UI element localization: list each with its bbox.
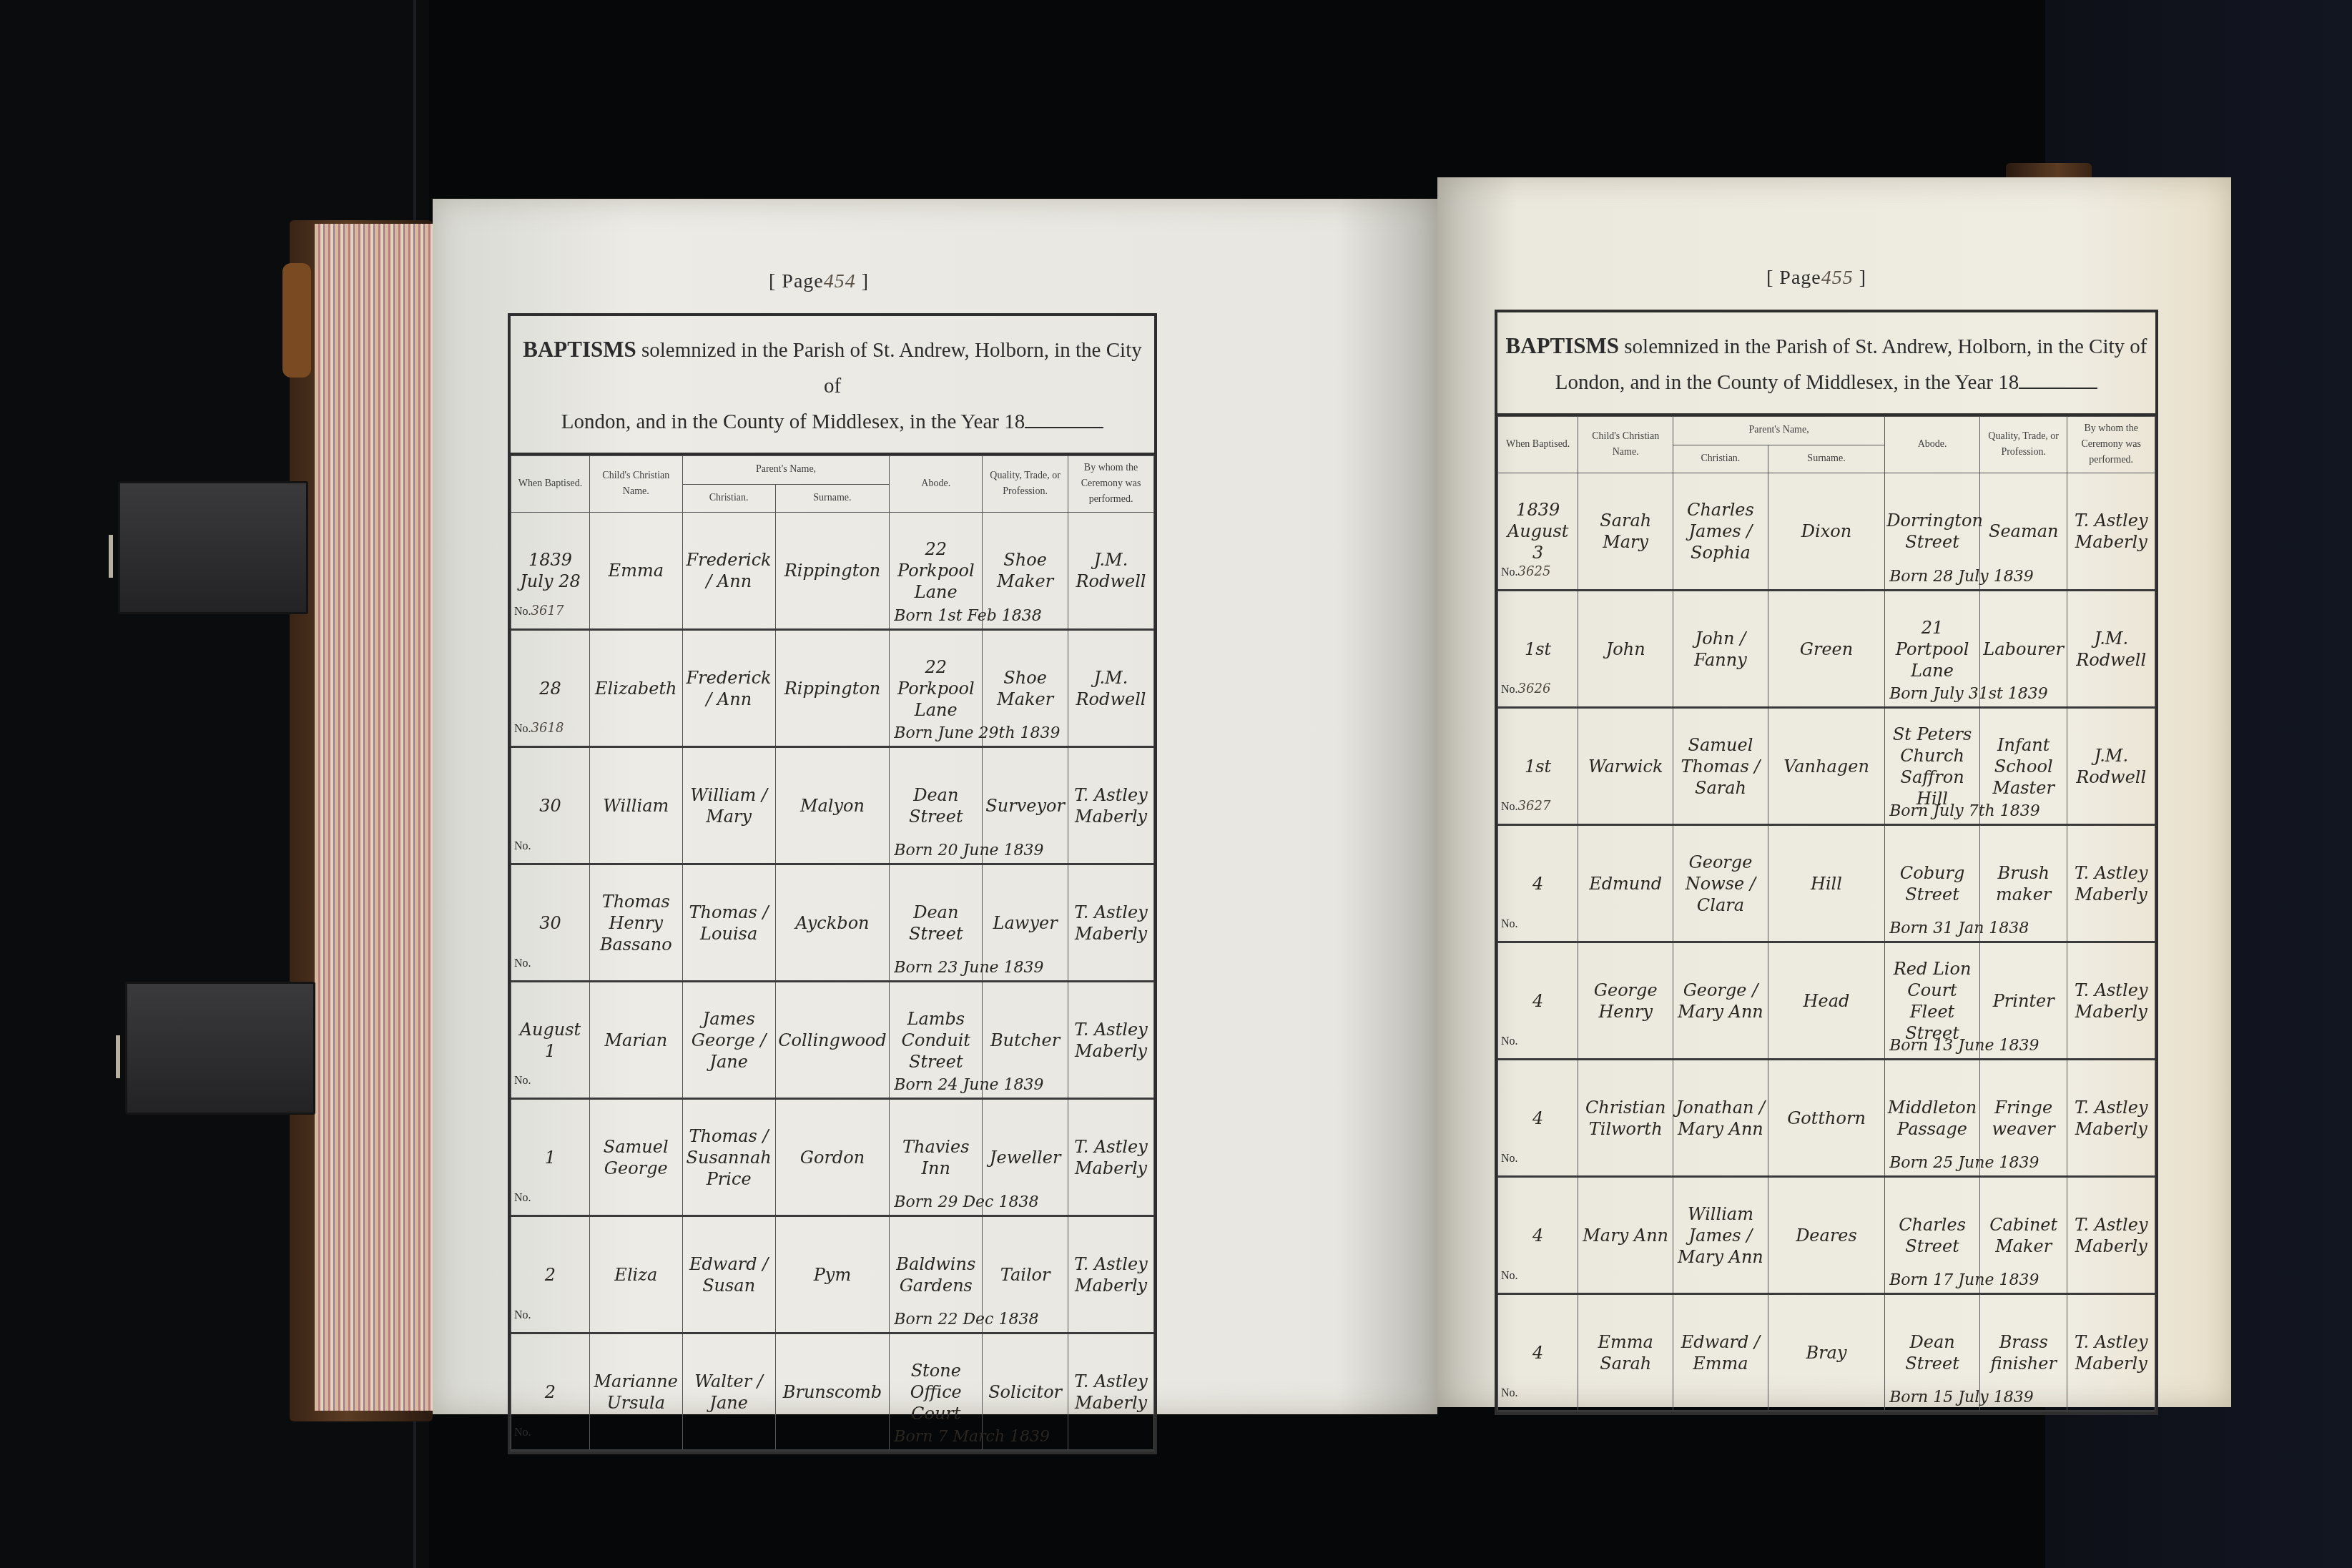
cell-by-whom: T. Astley Maberly — [2067, 825, 2155, 942]
trade: Seaman — [1989, 521, 2058, 541]
parents-christian: Walter / Jane — [694, 1371, 763, 1413]
when-baptised: 1 — [545, 1148, 556, 1168]
cell-parents: John / Fanny — [1673, 591, 1768, 708]
col-abode: Abode. — [1885, 417, 1980, 473]
cell-by-whom: T. Astley Maberly — [1068, 1333, 1154, 1451]
cell-by-whom: T. Astley Maberly — [2067, 1060, 2155, 1177]
cell-parents: George / Mary Ann — [1673, 942, 1768, 1060]
surname: Bray — [1806, 1343, 1847, 1363]
cell-when: 1stNo.3626 — [1498, 591, 1578, 708]
no-label: No. — [1501, 1270, 1518, 1282]
heading-bold: BAPTISMS — [1506, 333, 1619, 358]
no-label: No. — [1501, 1153, 1518, 1165]
baptism-entry: 1839 July 28No.3617 Emma Frederick / Ann… — [511, 513, 1154, 630]
when-baptised: 2 — [545, 1382, 556, 1402]
birth-date: Born 24 June 1839 — [894, 1075, 1043, 1096]
cell-surname: Green — [1768, 591, 1884, 708]
baptism-entry: 30No. Thomas Henry Bassano Thomas / Loui… — [511, 864, 1154, 982]
no-label: No. — [514, 957, 531, 970]
officiant: J.M. Rodwell — [2076, 628, 2146, 670]
baptism-entry: 4No. Christian Tilworth Jonathan / Mary … — [1498, 1060, 2155, 1177]
trade: Brass finisher — [1990, 1332, 2057, 1374]
heading-line2: London, and in the County of Middlesex, … — [561, 410, 1025, 433]
baptism-entry: 28No.3618 Elizabeth Frederick / Ann Ripp… — [511, 630, 1154, 747]
baptism-entry: 4No. Emma Sarah Edward / Emma Bray Dean … — [1498, 1294, 2155, 1411]
officiant: T. Astley Maberly — [2075, 511, 2147, 552]
register-book: [ Page454 ] BAPTISMS solemnized in the P… — [261, 163, 2092, 1421]
no-label: No. — [514, 1075, 531, 1087]
no-label: No. — [514, 840, 531, 852]
child-name: Warwick — [1588, 756, 1663, 776]
birth-date: Born July 7th 1839 — [1889, 801, 2040, 822]
cell-surname: Collingwood — [775, 982, 890, 1099]
cell-parents: George Nowse / Clara — [1673, 825, 1768, 942]
when-baptised: 4 — [1532, 874, 1543, 894]
birth-date: Born 15 July 1839 — [1889, 1387, 2034, 1409]
cell-by-whom: T. Astley Maberly — [1068, 864, 1154, 982]
abode: Dean Street — [909, 785, 963, 827]
parents-christian: Frederick / Ann — [687, 668, 772, 709]
heading-line2: London, and in the County of Middlesex, … — [1555, 371, 2019, 394]
cell-by-whom: J.M. Rodwell — [1068, 630, 1154, 747]
abode: 22 Porkpool Lane — [897, 539, 975, 602]
cell-parents: Thomas / Susannah Price — [682, 1099, 775, 1216]
when-baptised: 4 — [1532, 1108, 1543, 1128]
baptism-entry: 2No. Marianne Ursula Walter / Jane Bruns… — [511, 1333, 1154, 1451]
birth-date: Born 25 June 1839 — [1889, 1153, 2039, 1174]
trade: Butcher — [990, 1030, 1060, 1050]
cell-when: 4No. — [1498, 1177, 1578, 1294]
officiant: T. Astley Maberly — [1074, 1137, 1147, 1178]
entry-number: No.3625 — [1501, 561, 1550, 583]
entry-number-value: 3626 — [1518, 681, 1551, 696]
entry-number: No. — [514, 952, 531, 975]
trade: Jeweller — [990, 1148, 1061, 1168]
surname: Vanhagen — [1783, 756, 1869, 776]
birth-date: Born 17 June 1839 — [1889, 1270, 2039, 1291]
cell-child: Thomas Henry Bassano — [589, 864, 682, 982]
parents-christian: Frederick / Ann — [687, 550, 772, 591]
register-heading: BAPTISMS solemnized in the Parish of St.… — [1497, 312, 2155, 416]
birth-date: Born 1st Feb 1838 — [894, 606, 1041, 627]
when-baptised: 30 — [539, 913, 561, 933]
baptism-entry: 4No. Edmund George Nowse / Clara Hill Co… — [1498, 825, 2155, 942]
child-name: Samuel George — [604, 1137, 669, 1178]
birth-date: Born 23 June 1839 — [894, 957, 1043, 979]
abode: 22 Porkpool Lane — [897, 657, 975, 720]
cell-parents: William / Mary — [682, 747, 775, 864]
trade: Cabinet Maker — [1989, 1215, 2057, 1256]
cell-when: 2No. — [511, 1333, 590, 1451]
left-page: [ Page454 ] BAPTISMS solemnized in the P… — [433, 199, 1437, 1414]
child-name: Edmund — [1589, 874, 1662, 894]
when-baptised: August 1 — [520, 1020, 581, 1061]
abode: Baldwins Gardens — [896, 1254, 975, 1296]
cell-when: August 1No. — [511, 982, 590, 1099]
surname: Rippington — [784, 679, 881, 699]
officiant: T. Astley Maberly — [1074, 785, 1147, 827]
birth-date: Born 31 Jan 1838 — [1889, 918, 2029, 940]
entry-number: No. — [1501, 1382, 1518, 1404]
cell-child: William — [589, 747, 682, 864]
cell-abode: Thavies InnBorn 29 Dec 1838 — [890, 1099, 983, 1216]
cell-by-whom: T. Astley Maberly — [2067, 1177, 2155, 1294]
cell-by-whom: T. Astley Maberly — [1068, 747, 1154, 864]
cell-when: 4No. — [1498, 1294, 1578, 1411]
cell-abode: Lambs Conduit StreetBorn 24 June 1839 — [890, 982, 983, 1099]
parents-christian: Jonathan / Mary Ann — [1676, 1098, 1765, 1139]
cell-surname: Ayckbon — [775, 864, 890, 982]
trade: Infant School Master — [1992, 735, 2055, 798]
col-parents: Parent's Name, — [682, 456, 890, 485]
right-page: [ Page455 ] BAPTISMS solemnized in the P… — [1437, 177, 2231, 1407]
cell-abode: Middleton PassageBorn 25 June 1839 — [1885, 1060, 1980, 1177]
officiant: T. Astley Maberly — [1074, 902, 1147, 944]
year-blank — [2019, 388, 2097, 389]
cell-abode: 22 Porkpool LaneBorn 1st Feb 1838 — [890, 513, 983, 630]
entry-number: No. — [1501, 1030, 1518, 1052]
cell-by-whom: J.M. Rodwell — [2067, 708, 2155, 825]
cell-child: John — [1578, 591, 1673, 708]
cell-child: Samuel George — [589, 1099, 682, 1216]
year-blank — [1025, 427, 1103, 428]
no-label: No. — [1501, 566, 1518, 578]
entry-number: No. — [514, 1304, 531, 1326]
when-baptised: 4 — [1532, 1226, 1543, 1246]
child-name: Thomas Henry Bassano — [600, 892, 672, 955]
no-label: No. — [514, 723, 531, 735]
baptism-table: When Baptised. Child's Christian Name. P… — [511, 455, 1154, 1451]
cell-when: 30No. — [511, 747, 590, 864]
cell-child: Warwick — [1578, 708, 1673, 825]
clasp-pin — [109, 535, 113, 578]
child-name: Marianne Ursula — [594, 1371, 678, 1413]
baptism-table: When Baptised. Child's Christian Name. P… — [1497, 416, 2155, 1412]
cell-surname: Malyon — [775, 747, 890, 864]
cell-child: Elizabeth — [589, 630, 682, 747]
cell-parents: Frederick / Ann — [682, 630, 775, 747]
baptism-entry: 1No. Samuel George Thomas / Susannah Pri… — [511, 1099, 1154, 1216]
cell-abode: Coburg StreetBorn 31 Jan 1838 — [1885, 825, 1980, 942]
parents-christian: John / Fanny — [1694, 628, 1747, 670]
cell-child: Sarah Mary — [1578, 473, 1673, 591]
baptism-entry: 4No. Mary Ann William James / Mary Ann D… — [1498, 1177, 2155, 1294]
baptism-entry: 1stNo.3627 Warwick Samuel Thomas / Sarah… — [1498, 708, 2155, 825]
cell-parents: Edward / Susan — [682, 1216, 775, 1333]
col-surname: Surname. — [1768, 445, 1884, 473]
officiant: J.M. Rodwell — [2076, 746, 2146, 787]
cell-child: George Henry — [1578, 942, 1673, 1060]
col-trade: Quality, Trade, or Profession. — [1979, 417, 2067, 473]
cell-by-whom: J.M. Rodwell — [1068, 513, 1154, 630]
register-heading: BAPTISMS solemnized in the Parish of St.… — [511, 316, 1154, 455]
abode: Coburg Street — [1900, 863, 1964, 904]
birth-date: Born July 31st 1839 — [1889, 684, 2048, 705]
parents-christian: James George / Jane — [692, 1009, 767, 1072]
cell-child: Eliza — [589, 1216, 682, 1333]
cell-surname: Deares — [1768, 1177, 1884, 1294]
birth-date: Born 20 June 1839 — [894, 840, 1043, 862]
cover-damage — [282, 263, 311, 378]
cell-child: Emma Sarah — [1578, 1294, 1673, 1411]
parents-christian: Samuel Thomas / Sarah — [1681, 735, 1760, 798]
when-baptised: 2 — [545, 1265, 556, 1285]
abode: St Peters Church Saffron Hill — [1893, 724, 1972, 809]
page-number-value: 455 — [1821, 267, 1854, 289]
cell-abode: Baldwins GardensBorn 22 Dec 1838 — [890, 1216, 983, 1333]
page-number-left: [ Page454 ] — [769, 270, 869, 293]
abode: Red Lion Court Fleet Street — [1894, 959, 1972, 1043]
parents-christian: William / Mary — [690, 785, 767, 827]
parents-christian: George / Mary Ann — [1678, 980, 1763, 1022]
page-number-right: [ Page455 ] — [1766, 267, 1866, 290]
cell-by-whom: J.M. Rodwell — [2067, 591, 2155, 708]
birth-date: Born 13 June 1839 — [1889, 1035, 2039, 1057]
entry-number: No.3618 — [514, 718, 564, 740]
entry-number: No. — [1501, 1265, 1518, 1287]
entry-number: No.3626 — [1501, 679, 1550, 701]
child-name: Emma — [609, 561, 664, 581]
cell-abode: Red Lion Court Fleet StreetBorn 13 June … — [1885, 942, 1980, 1060]
page-label: Page — [782, 270, 823, 292]
entry-number: No. — [514, 1421, 531, 1444]
entry-number-value: 3618 — [531, 721, 564, 736]
parents-christian: Thomas / Susannah Price — [687, 1126, 772, 1189]
cell-parents: Thomas / Louisa — [682, 864, 775, 982]
cell-when: 4No. — [1498, 1060, 1578, 1177]
baptism-entry: 1839 August 3No.3625 Sarah Mary Charles … — [1498, 473, 2155, 591]
cell-abode: Dorrington StreetBorn 28 July 1839 — [1885, 473, 1980, 591]
cell-when: 1839 August 3No.3625 — [1498, 473, 1578, 591]
col-when: When Baptised. — [1498, 417, 1578, 473]
birth-date: Born 28 July 1839 — [1889, 566, 2034, 588]
cell-surname: Gotthorn — [1768, 1060, 1884, 1177]
cell-child: Emma — [589, 513, 682, 630]
baptism-entry: 30No. William William / Mary Malyon Dean… — [511, 747, 1154, 864]
abode: Stone Office Court — [910, 1361, 962, 1424]
officiant: T. Astley Maberly — [2075, 863, 2147, 904]
cell-parents: William James / Mary Ann — [1673, 1177, 1768, 1294]
child-name: George Henry — [1594, 980, 1658, 1022]
clasp-bottom-left — [125, 982, 315, 1115]
col-by-whom: By whom the Ceremony was performed. — [1068, 456, 1154, 513]
parents-christian: Edward / Emma — [1681, 1332, 1760, 1374]
when-baptised: 1839 July 28 — [520, 550, 580, 591]
parents-christian: Edward / Susan — [689, 1254, 768, 1296]
col-surname: Surname. — [775, 484, 890, 513]
no-label: No. — [514, 606, 531, 618]
cell-surname: Dixon — [1768, 473, 1884, 591]
child-name: John — [1606, 639, 1645, 659]
surname: Hill — [1811, 874, 1842, 894]
cell-parents: Jonathan / Mary Ann — [1673, 1060, 1768, 1177]
no-label: No. — [1501, 1387, 1518, 1399]
no-label: No. — [1501, 801, 1518, 813]
cell-when: 30No. — [511, 864, 590, 982]
when-baptised: 4 — [1532, 991, 1543, 1011]
cell-abode: Dean StreetBorn 23 June 1839 — [890, 864, 983, 982]
clasp-pin — [116, 1035, 120, 1078]
parents-christian: George Nowse / Clara — [1686, 852, 1756, 915]
surname: Deares — [1796, 1226, 1857, 1246]
surname: Pym — [814, 1265, 851, 1285]
abode: Dean Street — [909, 902, 963, 944]
surname: Collingwood — [778, 1030, 886, 1050]
officiant: T. Astley Maberly — [2075, 1215, 2147, 1256]
col-parents: Parent's Name, — [1673, 417, 1885, 445]
child-name: Emma Sarah — [1598, 1332, 1653, 1374]
cell-when: 4No. — [1498, 942, 1578, 1060]
cell-when: 4No. — [1498, 825, 1578, 942]
when-baptised: 1st — [1525, 639, 1551, 659]
birth-date: Born 29 Dec 1838 — [894, 1192, 1038, 1213]
col-child: Child's Christian Name. — [1578, 417, 1673, 473]
no-label: No. — [1501, 1035, 1518, 1047]
col-when: When Baptised. — [511, 456, 590, 513]
surname: Rippington — [784, 561, 881, 581]
trade: Printer — [1993, 991, 2055, 1011]
abode: Dorrington Street — [1886, 511, 1983, 552]
cell-surname: Brunscomb — [775, 1333, 890, 1451]
page-number-value: 454 — [824, 270, 856, 292]
col-trade: Quality, Trade, or Profession. — [983, 456, 1068, 513]
trade: Tailor — [1000, 1265, 1050, 1285]
surname: Dixon — [1801, 521, 1851, 541]
cell-parents: James George / Jane — [682, 982, 775, 1099]
abode: Thavies Inn — [902, 1137, 970, 1178]
entry-number: No.3617 — [514, 601, 564, 623]
no-label: No. — [514, 1192, 531, 1204]
surname: Gotthorn — [1787, 1108, 1866, 1128]
surname: Brunscomb — [783, 1382, 882, 1402]
cell-surname: Bray — [1768, 1294, 1884, 1411]
cell-surname: Hill — [1768, 825, 1884, 942]
surname: Head — [1804, 991, 1850, 1011]
birth-date: Born June 29th 1839 — [894, 723, 1060, 744]
cell-by-whom: T. Astley Maberly — [2067, 473, 2155, 591]
cell-abode: St Peters Church Saffron HillBorn July 7… — [1885, 708, 1980, 825]
left-page-edges — [315, 224, 436, 1411]
abode: Lambs Conduit Street — [902, 1009, 970, 1072]
trade: Brush maker — [1996, 863, 2051, 904]
cell-abode: Stone Office CourtBorn 7 March 1839 — [890, 1333, 983, 1451]
officiant: T. Astley Maberly — [1074, 1254, 1147, 1296]
child-name: Sarah Mary — [1600, 511, 1651, 552]
officiant: T. Astley Maberly — [2075, 1098, 2147, 1139]
entry-number: No. — [514, 1187, 531, 1209]
child-name: Marian — [604, 1030, 667, 1050]
when-baptised: 30 — [539, 796, 561, 816]
entry-number: No. — [514, 835, 531, 857]
no-label: No. — [1501, 684, 1518, 696]
surname: Ayckbon — [795, 913, 869, 933]
heading-bold: BAPTISMS — [523, 337, 636, 362]
parents-christian: Thomas / Louisa — [689, 902, 769, 944]
cell-parents: Frederick / Ann — [682, 513, 775, 630]
col-christian: Christian. — [1673, 445, 1768, 473]
trade: Lawyer — [993, 913, 1058, 933]
cell-child: Christian Tilworth — [1578, 1060, 1673, 1177]
when-baptised: 1st — [1525, 756, 1551, 776]
cell-abode: 22 Porkpool LaneBorn June 29th 1839 — [890, 630, 983, 747]
cell-abode: Charles StreetBorn 17 June 1839 — [1885, 1177, 1980, 1294]
cell-parents: Samuel Thomas / Sarah — [1673, 708, 1768, 825]
cell-surname: Vanhagen — [1768, 708, 1884, 825]
entry-number-value: 3625 — [1518, 564, 1551, 579]
abode: Dean Street — [1905, 1332, 1959, 1374]
cell-child: Edmund — [1578, 825, 1673, 942]
entry-number-value: 3627 — [1518, 799, 1551, 814]
trade: Labourer — [1983, 639, 2064, 659]
officiant: J.M. Rodwell — [1076, 550, 1146, 591]
entry-number: No. — [514, 1070, 531, 1092]
parents-christian: Charles James / Sophia — [1687, 500, 1754, 563]
cell-when: 2No. — [511, 1216, 590, 1333]
cell-surname: Pym — [775, 1216, 890, 1333]
cell-parents: Walter / Jane — [682, 1333, 775, 1451]
cell-abode: Dean StreetBorn 20 June 1839 — [890, 747, 983, 864]
cell-child: Marian — [589, 982, 682, 1099]
col-abode: Abode. — [890, 456, 983, 513]
surname: Malyon — [800, 796, 865, 816]
cell-when: 1stNo.3627 — [1498, 708, 1578, 825]
cell-when: 28No.3618 — [511, 630, 590, 747]
surname: Gordon — [800, 1148, 865, 1168]
parents-christian: William James / Mary Ann — [1678, 1204, 1763, 1267]
entry-number: No.3627 — [1501, 796, 1550, 818]
trade: Shoe Maker — [997, 668, 1053, 709]
trade: Solicitor — [988, 1382, 1062, 1402]
when-baptised: 1839 August 3 — [1507, 500, 1569, 563]
cell-by-whom: T. Astley Maberly — [2067, 1294, 2155, 1411]
child-name: Eliza — [614, 1265, 657, 1285]
page-label: Page — [1779, 267, 1821, 289]
cell-parents: Edward / Emma — [1673, 1294, 1768, 1411]
entry-number: No. — [1501, 1148, 1518, 1170]
officiant: J.M. Rodwell — [1076, 668, 1146, 709]
entry-number: No. — [1501, 913, 1518, 935]
cell-by-whom: T. Astley Maberly — [1068, 982, 1154, 1099]
col-by-whom: By whom the Ceremony was performed. — [2067, 417, 2155, 473]
baptism-entry: August 1No. Marian James George / Jane C… — [511, 982, 1154, 1099]
cell-parents: Charles James / Sophia — [1673, 473, 1768, 591]
officiant: T. Astley Maberly — [2075, 1332, 2147, 1374]
abode: 21 Portpool Lane — [1896, 618, 1969, 681]
trade: Fringe weaver — [1992, 1098, 2055, 1139]
birth-date: Born 7 March 1839 — [894, 1426, 1050, 1448]
baptism-entry: 4No. George Henry George / Mary Ann Head… — [1498, 942, 2155, 1060]
abode: Middleton Passage — [1888, 1098, 1977, 1139]
cell-surname: Gordon — [775, 1099, 890, 1216]
officiant: T. Astley Maberly — [1074, 1371, 1147, 1413]
no-label: No. — [514, 1426, 531, 1439]
trade: Shoe Maker — [997, 550, 1053, 591]
cell-by-whom: T. Astley Maberly — [1068, 1216, 1154, 1333]
child-name: Mary Ann — [1583, 1226, 1668, 1246]
cell-surname: Rippington — [775, 630, 890, 747]
child-name: Christian Tilworth — [1585, 1098, 1665, 1139]
cell-child: Mary Ann — [1578, 1177, 1673, 1294]
when-baptised: 4 — [1532, 1343, 1543, 1363]
register-table-left: BAPTISMS solemnized in the Parish of St.… — [508, 313, 1157, 1454]
col-christian: Christian. — [682, 484, 775, 513]
register-table-right: BAPTISMS solemnized in the Parish of St.… — [1495, 310, 2158, 1415]
officiant: T. Astley Maberly — [2075, 980, 2147, 1022]
trade: Surveyor — [985, 796, 1065, 816]
no-label: No. — [1501, 918, 1518, 930]
cell-when: 1No. — [511, 1099, 590, 1216]
cell-surname: Head — [1768, 942, 1884, 1060]
